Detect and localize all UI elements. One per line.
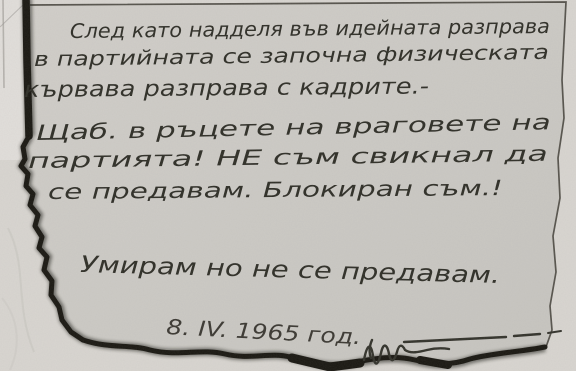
note-canvas: След като надделя във идейната разправа … <box>0 0 576 371</box>
grain-overlay <box>0 0 576 371</box>
scanned-note-photo: След като надделя във идейната разправа … <box>0 0 576 371</box>
